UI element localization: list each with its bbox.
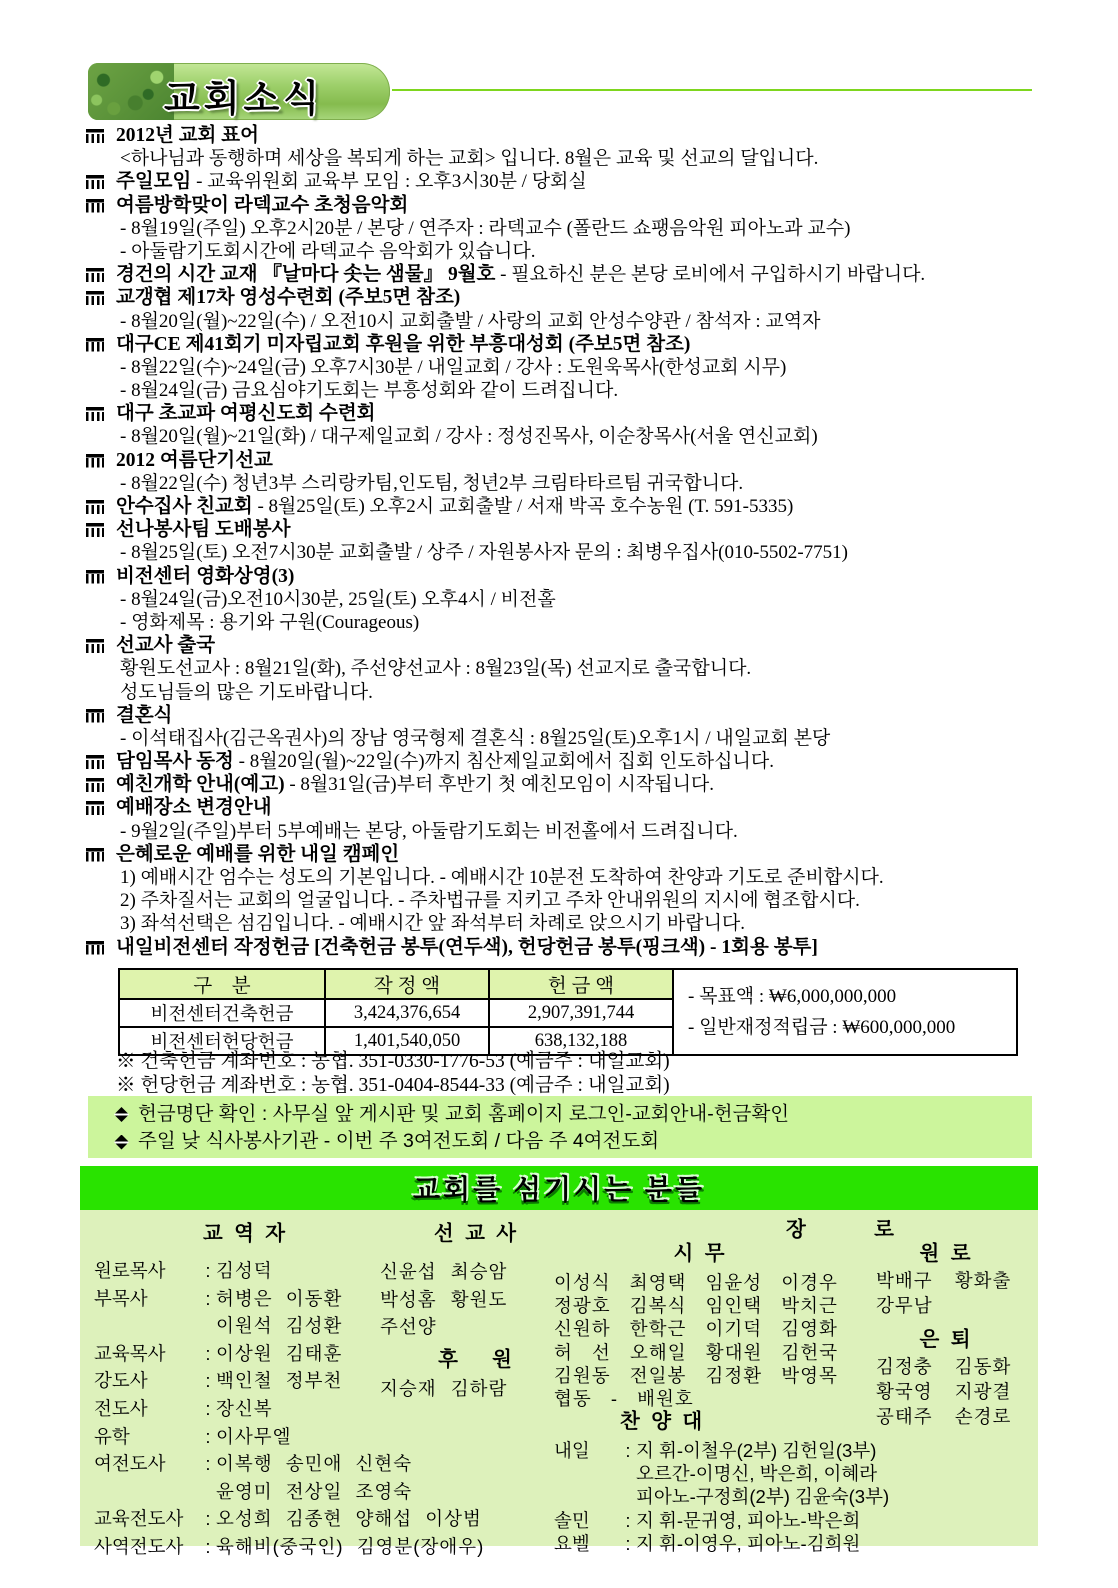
retired-elder-row: 김정충 김동화 bbox=[876, 1354, 1030, 1379]
notice-text: 주일 낮 식사봉사기관 - 이번 주 3여전도회 / 다음 주 4여전도회 bbox=[138, 1130, 659, 1152]
missionary-names: 신윤섭 최승암박성홈 황원도주선양 bbox=[380, 1258, 570, 1341]
notice-box: 헌금명단 확인 : 사무실 앞 게시판 및 교회 홈페이지 로그인-교회안내-헌… bbox=[88, 1096, 1032, 1158]
news-item-tail: - 8월31일(금)부터 후반기 첫 예친모임이 시작됩니다. bbox=[285, 774, 714, 795]
choir-label: 내일 bbox=[554, 1439, 620, 1462]
news-item-sub: - 8월22일(수)~24일(금) 오후7시30분 / 내일교회 / 강사 : … bbox=[116, 356, 1106, 379]
support-column: 후 원 지승재 김하람 bbox=[380, 1342, 570, 1403]
clergy-role: 원로목사 bbox=[94, 1257, 200, 1285]
notice-line: 주일 낮 식사봉사기관 - 이번 주 3여전도회 / 다음 주 4여전도회 bbox=[114, 1128, 1032, 1155]
organ-icon bbox=[86, 848, 104, 862]
clergy-line: 강도사:백인철 정부천 bbox=[94, 1367, 424, 1395]
news-item: 안수집사 친교회 - 8월25일(토) 오후2시 교회출발 / 서재 박곡 호수… bbox=[116, 495, 1106, 518]
clergy-line: 교육목사:이상원 김태훈 bbox=[94, 1340, 424, 1368]
news-item-sub: - 이석태집사(김근옥권사)의 장남 영국형제 결혼식 : 8월25일(토)오후… bbox=[116, 727, 1106, 750]
clergy-names: 오성희 김종현 양해섭 이상범 bbox=[216, 1505, 482, 1533]
news-item-tail: - 8월20일(월)~22일(수)까지 침산제일교회에서 집회 인도하십니다. bbox=[234, 751, 774, 772]
clergy-names: 이사무엘 bbox=[216, 1423, 291, 1451]
clergy-line: 사역전도사:육해비(중국인) 김영분(장애우) bbox=[94, 1533, 424, 1561]
newsletter-page: 교회소식 2012년 교회 표어<하나님과 동행하며 세상을 복되게 하는 교회… bbox=[0, 0, 1118, 1588]
news-item-tail: - 교육위원회 교육부 모임 : 오후3시30분 / 당회실 bbox=[191, 171, 586, 192]
organ-icon bbox=[86, 454, 104, 468]
clergy-title: 교 역 자 bbox=[94, 1216, 394, 1246]
colon bbox=[620, 1485, 636, 1508]
table-header-cell: 헌 금 액 bbox=[489, 969, 673, 999]
senior-retired-block: 원 로 박배구 황화출강무남 은 퇴 김정충 김동화황국영 지광결공태주 손경로 bbox=[870, 1236, 1030, 1429]
news-item-sub: - 8월20일(월)~22일(수) / 오전10시 교회출발 / 사랑의 교회 … bbox=[116, 310, 1106, 333]
news-item: 결혼식 bbox=[116, 704, 1106, 727]
news-item-title: 주일모임 bbox=[116, 171, 191, 192]
choir-text: 지 휘-이영우, 피아노-김희원 bbox=[636, 1532, 860, 1555]
choir-text: 지 휘-이철우(2부) 김헌일(3부) bbox=[636, 1439, 876, 1462]
clergy-column: 교 역 자 원로목사:김성덕부목사:허병은 이동환이원석 김성환교육목사:이상원… bbox=[94, 1216, 424, 1561]
clergy-role: 사역전도사 bbox=[94, 1533, 200, 1561]
news-item-sub: <하나님과 동행하며 세상을 복되게 하는 교회> 입니다. 8월은 교육 및 … bbox=[116, 147, 1106, 170]
account-numbers: ※ 건축헌금 계좌번호 : 농협. 351-0330-1776-53 (예금주 … bbox=[116, 1050, 670, 1098]
organ-icon bbox=[86, 801, 104, 815]
clergy-role: 전도사 bbox=[94, 1395, 200, 1423]
organ-icon bbox=[86, 129, 104, 143]
support-names: 지승재 김하람 bbox=[380, 1375, 570, 1403]
news-list: 2012년 교회 표어<하나님과 동행하며 세상을 복되게 하는 교회> 입니다… bbox=[116, 124, 1106, 959]
organ-icon bbox=[86, 199, 104, 213]
organ-icon bbox=[86, 709, 104, 723]
choir-block: 찬 양 대 내일:지 휘-이철우(2부) 김헌일(3부)오르간-이명신, 박은희… bbox=[554, 1404, 1074, 1555]
clergy-names: 이복행 송민애 신현숙 bbox=[216, 1450, 412, 1478]
choir-label: 솔민 bbox=[554, 1509, 620, 1532]
servants-banner-title: 교회를 섬기시는 분들 bbox=[413, 1168, 705, 1208]
choir-row: 오르간-이명신, 박은희, 이혜라 bbox=[554, 1462, 1074, 1485]
news-item: 선나봉사팀 도배봉사 bbox=[116, 518, 1106, 541]
news-item-sub: - 9월2일(주일)부터 5부예배는 본당, 아둘람기도회는 비전홀에서 드려집… bbox=[116, 820, 1106, 843]
news-item: 예배장소 변경안내 bbox=[116, 796, 1106, 819]
news-item: 교갱협 제17차 영성수련회 (주보5면 참조) bbox=[116, 286, 1106, 309]
notice-line: 헌금명단 확인 : 사무실 앞 게시판 및 교회 홈페이지 로그인-교회안내-헌… bbox=[114, 1096, 1032, 1128]
table-header-row: 구 분작 정 액헌 금 액- 목표액 : ₩6,000,000,000- 일반재… bbox=[119, 969, 1017, 999]
retired-elder-row: 황국영 지광결 bbox=[876, 1379, 1030, 1404]
clergy-names: 윤영미 전상일 조영숙 bbox=[216, 1478, 412, 1506]
clergy-role: 부목사 bbox=[94, 1285, 200, 1313]
clergy-names: 장신복 bbox=[216, 1395, 273, 1423]
news-item-sub: - 8월24일(금)오전10시30분, 25일(토) 오후4시 / 비전홀 bbox=[116, 588, 1106, 611]
active-elder-row: 허 선 오해일 황대원 김헌국 bbox=[554, 1341, 864, 1364]
colon: : bbox=[620, 1532, 636, 1555]
news-item-sub: - 8월22일(수) 청년3부 스리랑카팀,인도팀, 청년2부 크림타타르팀 귀… bbox=[116, 472, 1106, 495]
choir-title: 찬 양 대 bbox=[620, 1404, 1074, 1434]
title-rule bbox=[392, 89, 1032, 91]
colon bbox=[620, 1462, 636, 1485]
news-item: 비전센터 영화상영(3) bbox=[116, 565, 1106, 588]
news-item-sub: - 8월24일(금) 금요심야기도회는 부흥성회와 같이 드려집니다. bbox=[116, 379, 1106, 402]
choir-label bbox=[554, 1485, 620, 1508]
missionary-name: 주선양 bbox=[380, 1313, 570, 1341]
notice-text: 헌금명단 확인 : 사무실 앞 게시판 및 교회 홈페이지 로그인-교회안내-헌… bbox=[138, 1103, 789, 1125]
table-header-cell: 구 분 bbox=[119, 969, 325, 999]
section-title-banner: 교회소식 bbox=[88, 63, 390, 120]
news-item-title: 2012년 교회 표어 bbox=[116, 125, 259, 146]
colon: : bbox=[200, 1423, 216, 1451]
choir-row: 내일:지 휘-이철우(2부) 김헌일(3부) bbox=[554, 1439, 1074, 1462]
colon: : bbox=[620, 1509, 636, 1532]
colon: : bbox=[200, 1505, 216, 1533]
senior-elders-rows: 박배구 황화출강무남 bbox=[870, 1268, 1030, 1318]
organ-icon bbox=[86, 175, 104, 189]
choir-label: 요벨 bbox=[554, 1532, 620, 1555]
choir-text: 오르간-이명신, 박은희, 이혜라 bbox=[636, 1462, 877, 1485]
diamond-icon bbox=[114, 1107, 129, 1122]
clergy-names: 이상원 김태훈 bbox=[216, 1340, 342, 1368]
clergy-role bbox=[94, 1312, 200, 1340]
colon: : bbox=[200, 1367, 216, 1395]
news-item-title: 은혜로운 예배를 위한 내일 캠페인 bbox=[116, 844, 399, 865]
colon: : bbox=[200, 1257, 216, 1285]
organ-icon bbox=[86, 268, 104, 282]
organ-icon bbox=[86, 570, 104, 584]
news-item: 대구CE 제41회기 미자립교회 후원을 위한 부흥대성회 (주보5면 참조) bbox=[116, 333, 1106, 356]
news-item-title: 예배장소 변경안내 bbox=[116, 797, 272, 818]
choir-row: 요벨:지 휘-이영우, 피아노-김희원 bbox=[554, 1532, 1074, 1555]
choir-row: 솔민:지 휘-문귀영, 피아노-박은희 bbox=[554, 1509, 1074, 1532]
organ-icon bbox=[86, 523, 104, 537]
news-item-title: 교갱협 제17차 영성수련회 (주보5면 참조) bbox=[116, 287, 460, 308]
organ-icon bbox=[86, 778, 104, 792]
organ-icon bbox=[86, 338, 104, 352]
support-title: 후 원 bbox=[380, 1342, 570, 1372]
news-item-sub: 2) 주차질서는 교회의 얼굴입니다. - 주차법규를 지키고 주차 안내위원의… bbox=[116, 889, 1106, 912]
news-item-sub: - 8월19일(주일) 오후2시20분 / 본당 / 연주자 : 라덱교수 (폴… bbox=[116, 217, 1106, 240]
organ-icon bbox=[86, 639, 104, 653]
colon: : bbox=[200, 1450, 216, 1478]
account-line: ※ 헌당헌금 계좌번호 : 농협. 351-0404-8544-33 (예금주 … bbox=[116, 1074, 670, 1098]
organ-icon bbox=[86, 755, 104, 769]
choir-text: 지 휘-문귀영, 피아노-박은희 bbox=[636, 1509, 860, 1532]
organ-icon bbox=[86, 941, 104, 955]
support-name: 지승재 김하람 bbox=[380, 1375, 570, 1403]
news-item-sub: - 영화제목 : 용기와 구원(Courageous) bbox=[116, 611, 1106, 634]
colon: : bbox=[200, 1533, 216, 1561]
organ-icon bbox=[86, 500, 104, 514]
leaf-texture bbox=[88, 63, 174, 120]
news-item: 여름방학맞이 라덱교수 초청음악회 bbox=[116, 194, 1106, 217]
active-elder-row: 정광호 김복식 임인택 박치근 bbox=[554, 1294, 864, 1317]
organ-icon bbox=[86, 407, 104, 421]
news-item-title: 담임목사 동정 bbox=[116, 751, 234, 772]
clergy-line: 윤영미 전상일 조영숙 bbox=[94, 1478, 424, 1506]
clergy-names: 이원석 김성환 bbox=[216, 1312, 342, 1340]
news-item-sub: - 8월20일(월)~21일(화) / 대구제일교회 / 강사 : 정성진목사,… bbox=[116, 425, 1106, 448]
choir-label bbox=[554, 1462, 620, 1485]
clergy-line: 여전도사:이복행 송민애 신현숙 bbox=[94, 1450, 424, 1478]
news-item-title: 내일비전센터 작정헌금 [건축헌금 봉투(연두색), 헌당헌금 봉투(핑크색) … bbox=[116, 937, 818, 958]
clergy-role bbox=[94, 1478, 200, 1506]
news-item: 은혜로운 예배를 위한 내일 캠페인 bbox=[116, 843, 1106, 866]
missionary-column: 선 교 사 신윤섭 최승암박성홈 황원도주선양 bbox=[380, 1216, 570, 1341]
active-elders-title: 시 무 bbox=[554, 1236, 844, 1266]
news-item-title: 예친개학 안내(예고) bbox=[116, 774, 285, 795]
news-item: 2012년 교회 표어 bbox=[116, 124, 1106, 147]
table-cell: 비전센터건축헌금 bbox=[119, 999, 325, 1027]
choir-row: 피아노-구정희(2부) 김윤숙(3부) bbox=[554, 1485, 1074, 1508]
clergy-names: 허병은 이동환 bbox=[216, 1285, 342, 1313]
news-item: 주일모임 - 교육위원회 교육부 모임 : 오후3시30분 / 당회실 bbox=[116, 170, 1106, 193]
colon bbox=[200, 1478, 216, 1506]
table-side-notes: - 목표액 : ₩6,000,000,000- 일반재정적립금 : ₩600,0… bbox=[673, 969, 1017, 1055]
clergy-role: 유학 bbox=[94, 1423, 200, 1451]
pledge-table: 구 분작 정 액헌 금 액- 목표액 : ₩6,000,000,000- 일반재… bbox=[118, 968, 1018, 1056]
servants-banner: 교회를 섬기시는 분들 bbox=[80, 1166, 1038, 1210]
news-item-title: 여름방학맞이 라덱교수 초청음악회 bbox=[116, 195, 408, 216]
colon: : bbox=[200, 1340, 216, 1368]
news-item-sub: - 8월25일(토) 오전7시30분 교회출발 / 상주 / 자원봉사자 문의 … bbox=[116, 541, 1106, 564]
choir-text: 피아노-구정희(2부) 김윤숙(3부) bbox=[636, 1485, 889, 1508]
missionary-name: 박성홈 황원도 bbox=[380, 1286, 570, 1314]
news-item: 내일비전센터 작정헌금 [건축헌금 봉투(연두색), 헌당헌금 봉투(핑크색) … bbox=[116, 936, 1106, 959]
table-cell: 3,424,376,654 bbox=[325, 999, 489, 1027]
clergy-line: 부목사:허병은 이동환 bbox=[94, 1285, 424, 1313]
news-item-title: 경건의 시간 교재 『날마다 솟는 샘물』 9월호 bbox=[116, 264, 495, 285]
diamond-icon bbox=[114, 1135, 129, 1150]
news-item: 담임목사 동정 - 8월20일(월)~22일(수)까지 침산제일교회에서 집회 … bbox=[116, 750, 1106, 773]
missionary-name: 신윤섭 최승암 bbox=[380, 1258, 570, 1286]
clergy-line: 원로목사:김성덕 bbox=[94, 1257, 424, 1285]
clergy-names: 김성덕 bbox=[216, 1257, 273, 1285]
clergy-role: 교육전도사 bbox=[94, 1505, 200, 1533]
news-item: 선교사 출국 bbox=[116, 634, 1106, 657]
clergy-role: 교육목사 bbox=[94, 1340, 200, 1368]
news-item-sub: 황원도선교사 : 8월21일(화), 주선양선교사 : 8월23일(목) 선교지… bbox=[116, 657, 1106, 680]
news-item-title: 결혼식 bbox=[116, 705, 173, 726]
clergy-role: 강도사 bbox=[94, 1367, 200, 1395]
senior-elders-title: 원 로 bbox=[870, 1236, 1020, 1266]
news-item-title: 대구CE 제41회기 미자립교회 후원을 위한 부흥대성회 (주보5면 참조) bbox=[116, 334, 690, 355]
clergy-line: 이원석 김성환 bbox=[94, 1312, 424, 1340]
news-item-sub: 1) 예배시간 엄수는 성도의 기본입니다. - 예배시간 10분전 도착하여 … bbox=[116, 866, 1106, 889]
news-item-sub: 3) 좌석선택은 섬김입니다. - 예배시간 앞 좌석부터 차례로 앉으시기 바… bbox=[116, 912, 1106, 935]
clergy-names: 육해비(중국인) 김영분(장애우) bbox=[216, 1533, 484, 1561]
active-elder-row: 신원하 한학근 이기덕 김영화 bbox=[554, 1317, 864, 1340]
news-item: 예친개학 안내(예고) - 8월31일(금)부터 후반기 첫 예친모임이 시작됩… bbox=[116, 773, 1106, 796]
news-item: 대구 초교파 여평신도회 수련회 bbox=[116, 402, 1106, 425]
active-elders-block: 시 무 이성식 최영택 임윤성 이경우정광호 김복식 임인택 박치근신원하 한학… bbox=[554, 1236, 864, 1410]
clergy-line: 교육전도사:오성희 김종현 양해섭 이상범 bbox=[94, 1505, 424, 1533]
news-item-title: 안수집사 친교회 bbox=[116, 496, 253, 517]
news-item-title: 선교사 출국 bbox=[116, 635, 215, 656]
choir-rows: 내일:지 휘-이철우(2부) 김헌일(3부)오르간-이명신, 박은희, 이혜라피… bbox=[554, 1439, 1074, 1555]
news-item: 2012 여름단기선교 bbox=[116, 449, 1106, 472]
organ-icon bbox=[86, 291, 104, 305]
senior-elder-row: 강무남 bbox=[876, 1293, 1030, 1318]
news-item-sub: - 아둘람기도회시간에 라덱교수 음악회가 있습니다. bbox=[116, 240, 1106, 263]
news-item: 경건의 시간 교재 『날마다 솟는 샘물』 9월호 - 필요하신 분은 본당 로… bbox=[116, 263, 1106, 286]
news-item-tail: - 필요하신 분은 본당 로비에서 구입하시기 바랍니다. bbox=[495, 264, 925, 285]
account-line: ※ 건축헌금 계좌번호 : 농협. 351-0330-1776-53 (예금주 … bbox=[116, 1050, 670, 1074]
active-elder-row: 김원동 전일봉 김정환 박영목 bbox=[554, 1364, 864, 1387]
clergy-names: 백인철 정부천 bbox=[216, 1367, 342, 1395]
colon bbox=[200, 1312, 216, 1340]
colon: : bbox=[200, 1395, 216, 1423]
clergy-line: 유학:이사무엘 bbox=[94, 1423, 424, 1451]
news-item-title: 선나봉사팀 도배봉사 bbox=[116, 519, 290, 540]
side-note: - 목표액 : ₩6,000,000,000 bbox=[688, 981, 1016, 1012]
page-title: 교회소식 bbox=[164, 68, 323, 122]
side-note: - 일반재정적립금 : ₩600,000,000 bbox=[688, 1012, 1016, 1043]
senior-elder-row: 박배구 황화출 bbox=[876, 1268, 1030, 1293]
news-item-sub: 성도님들의 많은 기도바랍니다. bbox=[116, 681, 1106, 704]
news-item-title: 2012 여름단기선교 bbox=[116, 450, 273, 471]
clergy-line: 전도사:장신복 bbox=[94, 1395, 424, 1423]
table-header-cell: 작 정 액 bbox=[325, 969, 489, 999]
retired-elders-title: 은 퇴 bbox=[870, 1322, 1020, 1352]
colon: : bbox=[620, 1439, 636, 1462]
active-elders-rows: 이성식 최영택 임윤성 이경우정광호 김복식 임인택 박치근신원하 한학근 이기… bbox=[554, 1271, 864, 1410]
staff-section: 교 역 자 원로목사:김성덕부목사:허병은 이동환이원석 김성환교육목사:이상원… bbox=[80, 1210, 1038, 1546]
clergy-role: 여전도사 bbox=[94, 1450, 200, 1478]
active-elder-row: 이성식 최영택 임윤성 이경우 bbox=[554, 1271, 864, 1294]
clergy-lines: 원로목사:김성덕부목사:허병은 이동환이원석 김성환교육목사:이상원 김태훈강도… bbox=[94, 1257, 424, 1561]
news-item-title: 비전센터 영화상영(3) bbox=[116, 566, 294, 587]
table-cell: 2,907,391,744 bbox=[489, 999, 673, 1027]
news-item-title: 대구 초교파 여평신도회 수련회 bbox=[116, 403, 376, 424]
colon: : bbox=[200, 1285, 216, 1313]
news-item-tail: - 8월25일(토) 오후2시 교회출발 / 서재 박곡 호수농원 (T. 59… bbox=[253, 496, 794, 517]
missionary-title: 선 교 사 bbox=[380, 1216, 570, 1246]
